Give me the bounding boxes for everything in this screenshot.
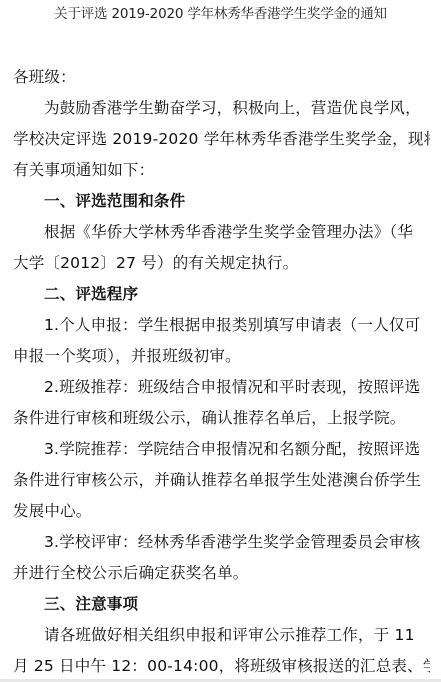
paragraph-line: 月 25 日中午 12：00-14:00，将班级审核报送的汇总表、学 (13, 651, 430, 682)
paragraph-line: 请各班做好相关组织申报和评审公示推荐工作，于 11 (13, 620, 430, 651)
paragraph-line: 3.学校评审：经林秀华香港学生奖学金管理委员会审核 (13, 527, 430, 558)
paragraph-line: 学校决定评选 2019-2020 学年林秀华香港学生奖学金，现将 (13, 124, 430, 155)
salutation: 各班级： (13, 62, 430, 93)
paragraph-line: 3.学院推荐：学院结合申报情况和名额分配，按照评选 (13, 434, 430, 465)
paragraph-line: 条件进行审核和班级公示，确认推荐名单后，上报学院。 (13, 403, 430, 434)
document-body: 各班级： 为鼓励香港学生勤奋学习，积极向上，营造优良学风， 学校决定评选 201… (13, 62, 430, 682)
section-heading-3: 三、注意事项 (13, 589, 430, 620)
paragraph-line: 根据《华侨大学林秀华香港学生奖学金管理办法》（华 (13, 217, 430, 248)
paragraph-line: 申报一个奖项），并报班级初审。 (13, 341, 430, 372)
paragraph-line: 并进行全校公示后确定获奖名单。 (13, 558, 430, 589)
document-title: 关于评选 2019-2020 学年林秀华香港学生奖学金的通知 (0, 5, 441, 23)
paragraph-line: 1.个人申报：学生根据申报类别填写申请表（一人仅可 (13, 310, 430, 341)
paragraph-line: 大学〔2012〕27 号）的有关规定执行。 (13, 248, 430, 279)
paragraph-line: 为鼓励香港学生勤奋学习，积极向上，营造优良学风， (13, 93, 430, 124)
section-heading-1: 一、评选范围和条件 (13, 186, 430, 217)
paragraph-line: 有关事项通知如下： (13, 155, 430, 186)
paragraph-line: 2.班级推荐：班级结合申报情况和平时表现，按照评选 (13, 372, 430, 403)
paragraph-line: 条件进行审核公示，并确认推荐名单报学生处港澳台侨学生 (13, 465, 430, 496)
section-heading-2: 二、评选程序 (13, 279, 430, 310)
paragraph-line: 发展中心。 (13, 496, 430, 527)
